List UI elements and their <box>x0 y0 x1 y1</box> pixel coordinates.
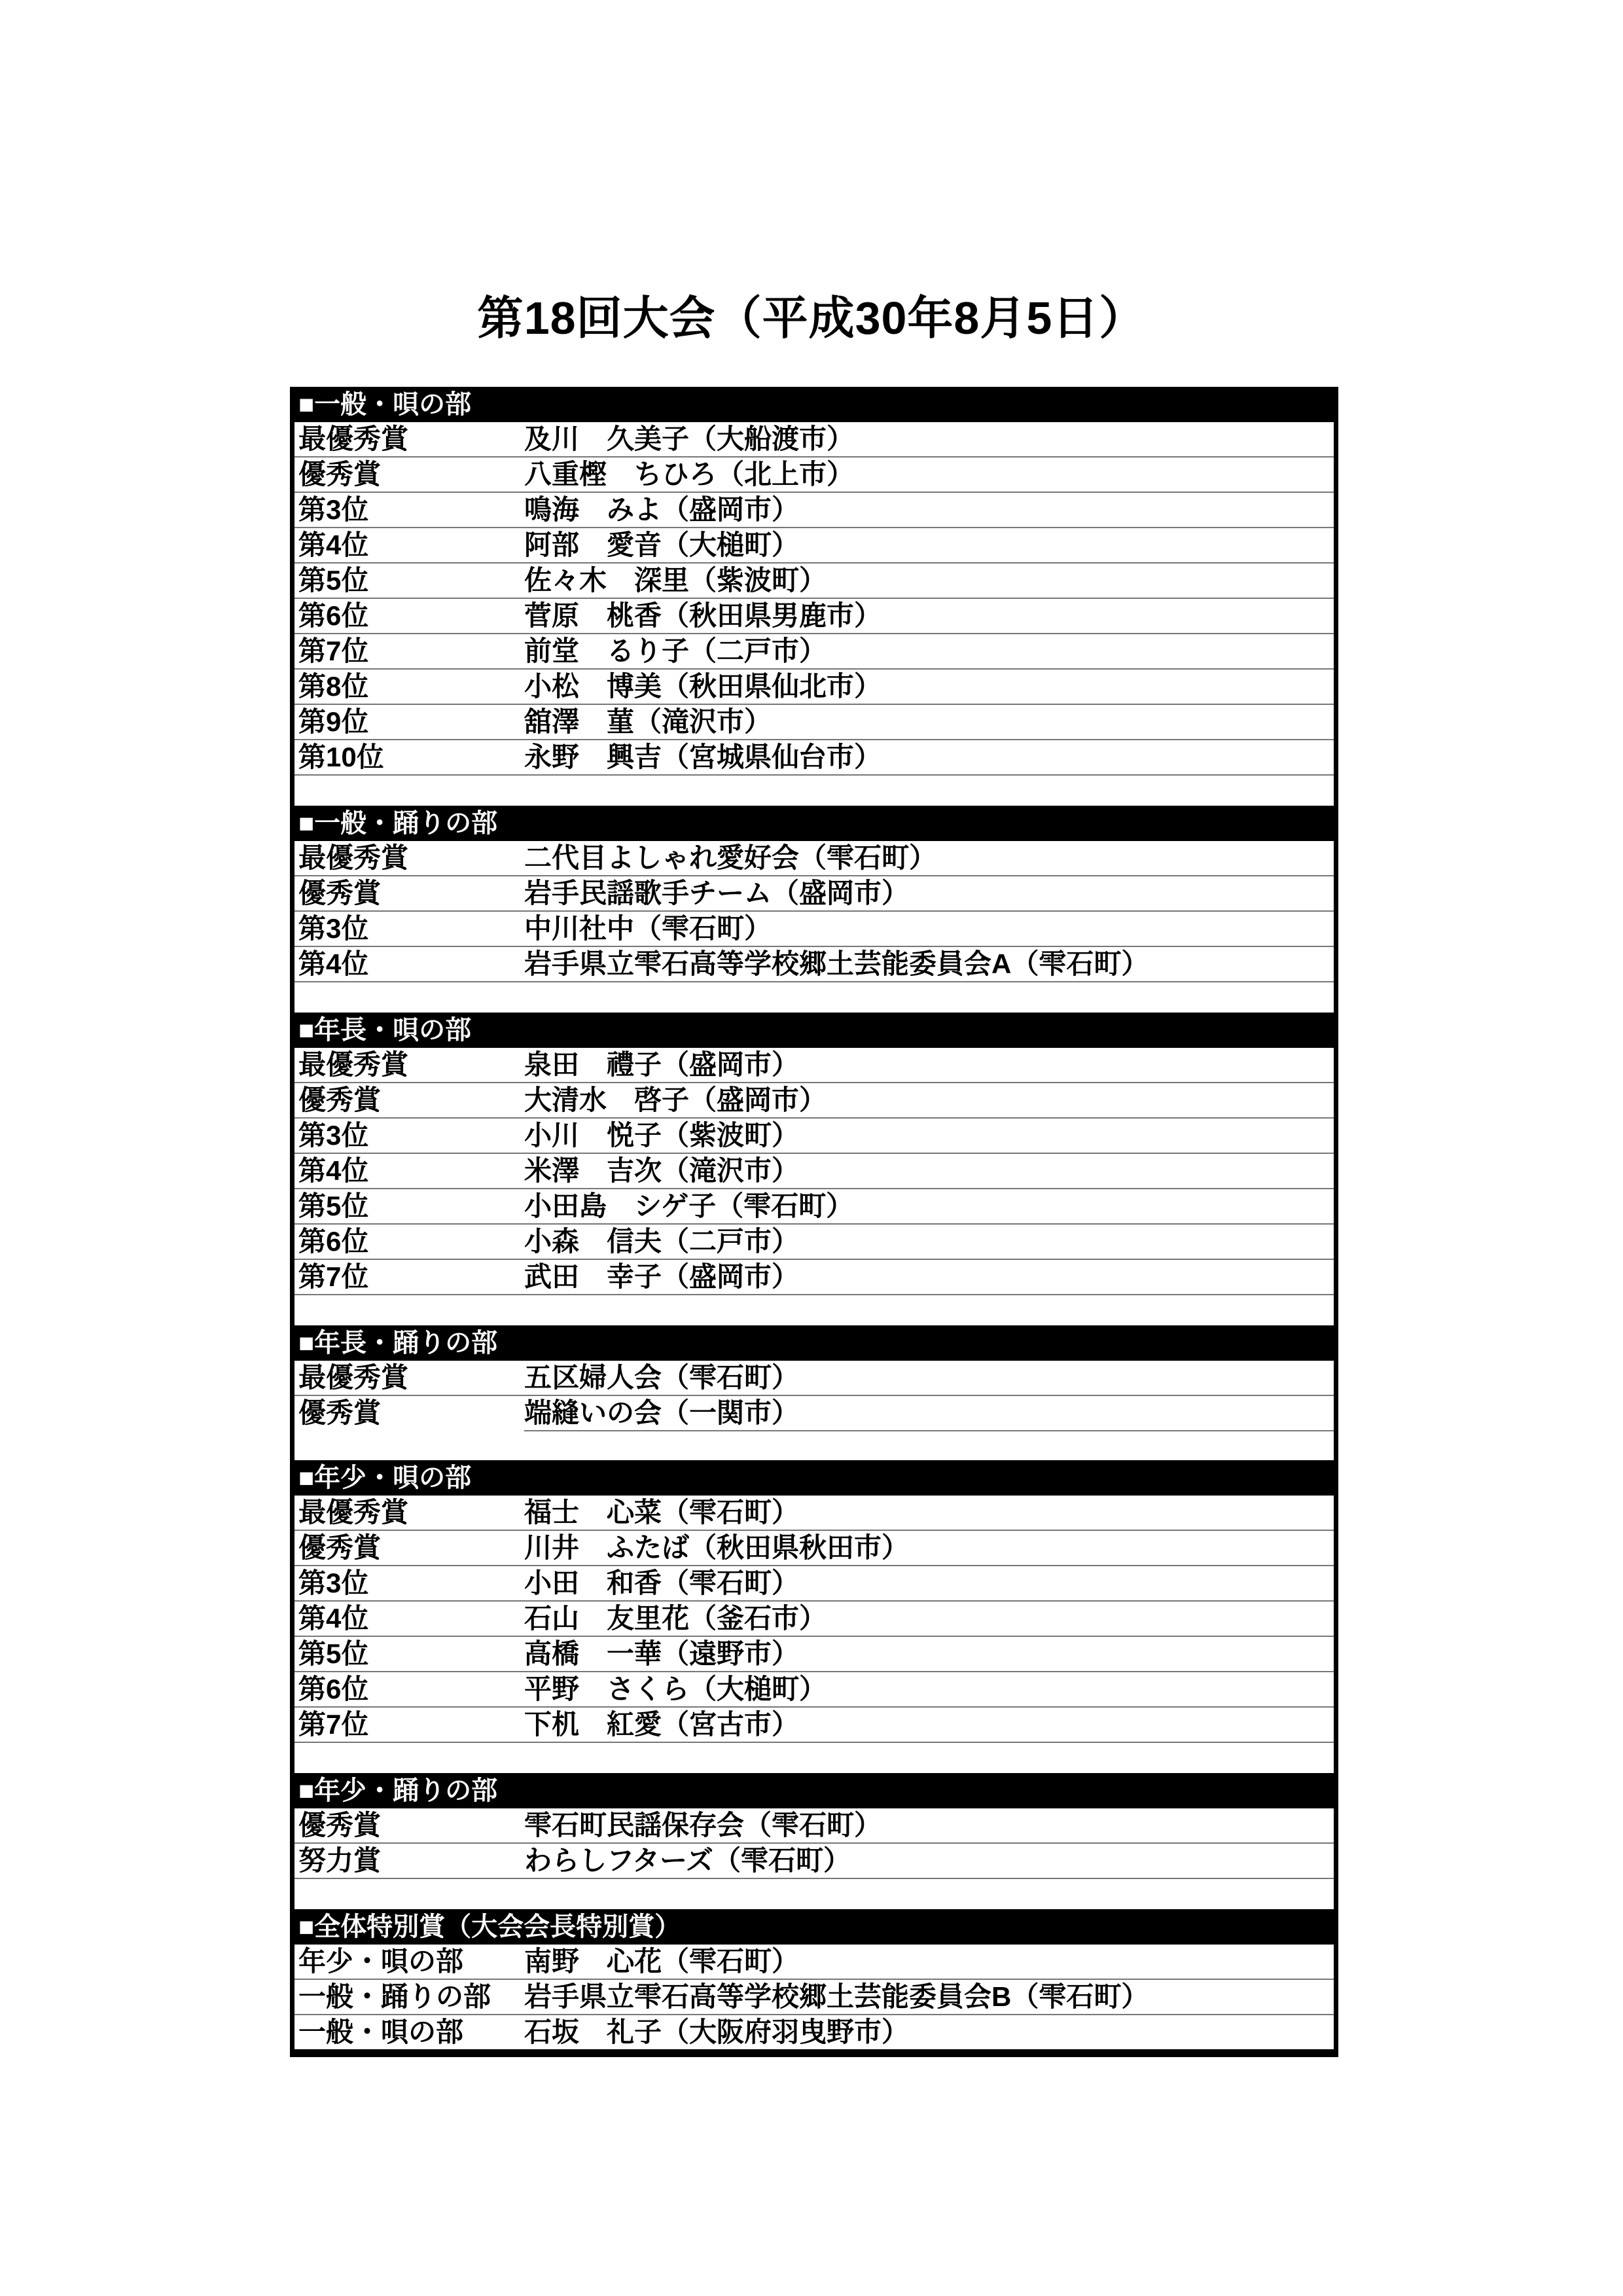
table-row: 第6位小森 信夫（二戸市） <box>294 1223 1334 1259</box>
name-cell: 鳴海 みよ（盛岡市） <box>524 493 1334 527</box>
table-row: 優秀賞岩手民謡歌手チーム（盛岡市） <box>294 875 1334 910</box>
section-header: ■一般・踊りの部 <box>294 806 1334 841</box>
award-cell: 第5位 <box>294 1189 524 1223</box>
table-row: 第3位中川社中（雫石町） <box>294 910 1334 946</box>
table-row: 第3位鳴海 みよ（盛岡市） <box>294 492 1334 527</box>
name-cell: 石坂 礼子（大阪府羽曳野市） <box>524 2015 1334 2049</box>
award-cell: 最優秀賞 <box>294 1496 524 1530</box>
award-cell: 努力賞 <box>294 1844 524 1878</box>
table-row: 第3位小川 悦子（紫波町） <box>294 1117 1334 1153</box>
award-cell: 最優秀賞 <box>294 1048 524 1082</box>
award-cell: 第9位 <box>294 705 524 739</box>
award-cell: 最優秀賞 <box>294 1361 524 1395</box>
name-cell: 平野 さくら（大槌町） <box>524 1672 1334 1706</box>
name-cell: 永野 興吉（宮城県仙台市） <box>524 740 1334 774</box>
table-row: 第5位佐々木 深里（紫波町） <box>294 562 1334 598</box>
table-row: 優秀賞端縫いの会（一関市） <box>294 1395 1334 1430</box>
table-row: 優秀賞川井 ふたば（秋田県秋田市） <box>294 1530 1334 1565</box>
name-cell: 泉田 禮子（盛岡市） <box>524 1048 1334 1082</box>
name-cell: 米澤 吉次（滝沢市） <box>524 1154 1334 1188</box>
name-cell: 川井 ふたば（秋田県秋田市） <box>524 1531 1334 1565</box>
table-row: 最優秀賞泉田 禮子（盛岡市） <box>294 1048 1334 1082</box>
spacer-row <box>294 1742 1334 1773</box>
table-row: 第4位米澤 吉次（滝沢市） <box>294 1153 1334 1188</box>
table-row: 最優秀賞福士 心菜（雫石町） <box>294 1496 1334 1530</box>
table-row: 優秀賞大清水 啓子（盛岡市） <box>294 1082 1334 1117</box>
table-row: 第7位下机 紅愛（宮古市） <box>294 1706 1334 1742</box>
table-row: 第10位永野 興吉（宮城県仙台市） <box>294 739 1334 774</box>
name-cell: 五区婦人会（雫石町） <box>524 1361 1334 1395</box>
award-cell: 第10位 <box>294 740 524 774</box>
award-cell: 第3位 <box>294 1119 524 1153</box>
name-cell: 岩手県立雫石高等学校郷土芸能委員会B（雫石町） <box>524 1980 1334 2014</box>
award-cell: 第7位 <box>294 1260 524 1294</box>
name-cell: 小川 悦子（紫波町） <box>524 1119 1334 1153</box>
section: ■全体特別賞（大会会長特別賞）年少・唄の部南野 心花（雫石町）一般・踊りの部岩手… <box>294 1909 1334 2049</box>
spacer-row <box>294 981 1334 1013</box>
award-cell: 優秀賞 <box>294 457 524 492</box>
award-cell: 第3位 <box>294 1566 524 1600</box>
award-cell: 優秀賞 <box>294 1808 524 1842</box>
name-cell: 二代目よしゃれ愛好会（雫石町） <box>524 841 1334 875</box>
name-cell: わらしフターズ（雫石町） <box>524 1844 1334 1878</box>
award-cell: 第4位 <box>294 528 524 562</box>
section: ■一般・唄の部最優秀賞及川 久美子（大船渡市）優秀賞八重樫 ちひろ（北上市）第3… <box>294 387 1334 806</box>
spacer-right <box>524 1430 1334 1460</box>
award-cell: 第6位 <box>294 1672 524 1706</box>
section: ■一般・踊りの部最優秀賞二代目よしゃれ愛好会（雫石町）優秀賞岩手民謡歌手チーム（… <box>294 806 1334 1013</box>
name-cell: 端縫いの会（一関市） <box>524 1396 1334 1430</box>
name-cell: 武田 幸子（盛岡市） <box>524 1260 1334 1294</box>
name-cell: 岩手民謡歌手チーム（盛岡市） <box>524 876 1334 910</box>
name-cell: 阿部 愛音（大槌町） <box>524 528 1334 562</box>
document-page: { "title": "第18回大会（平成30年8月5日）", "colors"… <box>0 0 1623 2296</box>
award-cell: 一般・踊りの部 <box>294 1980 524 2014</box>
award-cell: 一般・唄の部 <box>294 2015 524 2049</box>
name-cell: 舘澤 菫（滝沢市） <box>524 705 1334 739</box>
name-cell: 雫石町民謡保存会（雫石町） <box>524 1808 1334 1842</box>
table-row: 第6位平野 さくら（大槌町） <box>294 1671 1334 1706</box>
name-cell: 大清水 啓子（盛岡市） <box>524 1083 1334 1117</box>
award-cell: 年少・唄の部 <box>294 1945 524 1979</box>
table-row: 第9位舘澤 菫（滝沢市） <box>294 704 1334 739</box>
name-cell: 小森 信夫（二戸市） <box>524 1225 1334 1259</box>
table-row: 第3位小田 和香（雫石町） <box>294 1565 1334 1600</box>
award-cell: 第6位 <box>294 1225 524 1259</box>
table-row: 努力賞わらしフターズ（雫石町） <box>294 1842 1334 1878</box>
name-cell: 中川社中（雫石町） <box>524 912 1334 946</box>
award-cell: 最優秀賞 <box>294 422 524 456</box>
award-cell: 第8位 <box>294 670 524 704</box>
name-cell: 小田島 シゲ子（雫石町） <box>524 1189 1334 1223</box>
section: ■年少・踊りの部優秀賞雫石町民謡保存会（雫石町）努力賞わらしフターズ（雫石町） <box>294 1773 1334 1909</box>
name-cell: 石山 友里花（釜石市） <box>524 1602 1334 1636</box>
table-row: 第5位小田島 シゲ子（雫石町） <box>294 1188 1334 1223</box>
section-header: ■年長・踊りの部 <box>294 1325 1334 1361</box>
name-cell: 高橋 一華（遠野市） <box>524 1637 1334 1671</box>
page-title: 第18回大会（平成30年8月5日） <box>0 293 1623 344</box>
table-row: 第4位阿部 愛音（大槌町） <box>294 527 1334 562</box>
award-cell: 第3位 <box>294 912 524 946</box>
table-row: 第5位高橋 一華（遠野市） <box>294 1636 1334 1671</box>
table-row: 第4位石山 友里花（釜石市） <box>294 1600 1334 1636</box>
award-cell: 第4位 <box>294 947 524 981</box>
name-cell: 及川 久美子（大船渡市） <box>524 422 1334 456</box>
table-row: 最優秀賞二代目よしゃれ愛好会（雫石町） <box>294 841 1334 875</box>
results-table: ■一般・唄の部最優秀賞及川 久美子（大船渡市）優秀賞八重樫 ちひろ（北上市）第3… <box>290 387 1338 2057</box>
name-cell: 岩手県立雫石高等学校郷土芸能委員会A（雫石町） <box>524 947 1334 981</box>
table-row: 一般・唄の部石坂 礼子（大阪府羽曳野市） <box>294 2014 1334 2049</box>
name-cell: 菅原 桃香（秋田県男鹿市） <box>524 599 1334 633</box>
spacer-row <box>294 1878 1334 1909</box>
table-row: 一般・踊りの部岩手県立雫石高等学校郷土芸能委員会B（雫石町） <box>294 1979 1334 2014</box>
award-cell: 第6位 <box>294 599 524 633</box>
name-cell: 福士 心菜（雫石町） <box>524 1496 1334 1530</box>
table-row: 第7位武田 幸子（盛岡市） <box>294 1259 1334 1294</box>
award-cell: 優秀賞 <box>294 1083 524 1117</box>
name-cell: 小田 和香（雫石町） <box>524 1566 1334 1600</box>
section-header: ■年少・踊りの部 <box>294 1773 1334 1808</box>
section-header: ■全体特別賞（大会会長特別賞） <box>294 1909 1334 1945</box>
award-cell: 優秀賞 <box>294 1396 524 1430</box>
section: ■年長・唄の部最優秀賞泉田 禮子（盛岡市）優秀賞大清水 啓子（盛岡市）第3位小川… <box>294 1013 1334 1325</box>
award-cell: 第5位 <box>294 1637 524 1671</box>
award-cell: 最優秀賞 <box>294 841 524 875</box>
table-row: 優秀賞八重樫 ちひろ（北上市） <box>294 456 1334 492</box>
table-row: 第8位小松 博美（秋田県仙北市） <box>294 668 1334 704</box>
section-header: ■一般・唄の部 <box>294 387 1334 422</box>
award-cell: 優秀賞 <box>294 1531 524 1565</box>
name-cell: 南野 心花（雫石町） <box>524 1945 1334 1979</box>
section: ■年少・唄の部最優秀賞福士 心菜（雫石町）優秀賞川井 ふたば（秋田県秋田市）第3… <box>294 1460 1334 1773</box>
name-cell: 八重樫 ちひろ（北上市） <box>524 457 1334 492</box>
section-header: ■年少・唄の部 <box>294 1460 1334 1496</box>
name-cell: 佐々木 深里（紫波町） <box>524 564 1334 598</box>
table-row: 優秀賞雫石町民謡保存会（雫石町） <box>294 1808 1334 1842</box>
award-cell: 優秀賞 <box>294 876 524 910</box>
table-row: 第4位岩手県立雫石高等学校郷土芸能委員会A（雫石町） <box>294 946 1334 981</box>
award-cell: 第3位 <box>294 493 524 527</box>
name-cell: 下机 紅愛（宮古市） <box>524 1708 1334 1742</box>
name-cell: 前堂 るり子（二戸市） <box>524 634 1334 668</box>
award-cell: 第5位 <box>294 564 524 598</box>
spacer-left <box>294 1430 524 1460</box>
section: ■年長・踊りの部最優秀賞五区婦人会（雫石町）優秀賞端縫いの会（一関市） <box>294 1325 1334 1460</box>
table-row: 最優秀賞及川 久美子（大船渡市） <box>294 422 1334 456</box>
table-row: 第7位前堂 るり子（二戸市） <box>294 633 1334 668</box>
name-cell: 小松 博美（秋田県仙北市） <box>524 670 1334 704</box>
award-cell: 第7位 <box>294 634 524 668</box>
table-row: 年少・唄の部南野 心花（雫石町） <box>294 1945 1334 1979</box>
spacer-row <box>294 1430 1334 1460</box>
section-header: ■年長・唄の部 <box>294 1013 1334 1048</box>
table-row: 最優秀賞五区婦人会（雫石町） <box>294 1361 1334 1395</box>
award-cell: 第4位 <box>294 1154 524 1188</box>
award-cell: 第4位 <box>294 1602 524 1636</box>
spacer-row <box>294 774 1334 806</box>
spacer-row <box>294 1294 1334 1325</box>
award-cell: 第7位 <box>294 1708 524 1742</box>
table-row: 第6位菅原 桃香（秋田県男鹿市） <box>294 598 1334 633</box>
